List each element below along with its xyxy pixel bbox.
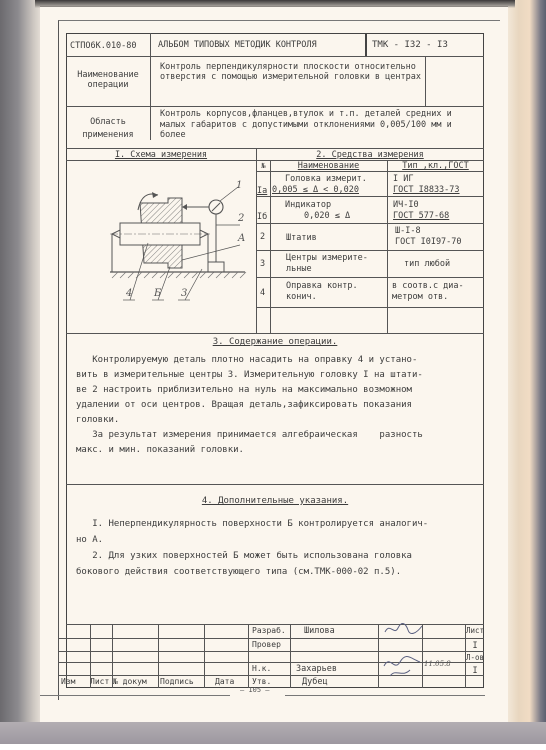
stamp-col-list: Лист: [90, 677, 109, 687]
bottom-shadow: [0, 722, 546, 744]
content-body: Контролируемую деталь плотно насадить на…: [76, 353, 486, 458]
divider: [256, 250, 484, 251]
scope-value: Контроль корпусов,фланцев,втулок и т.п. …: [160, 109, 480, 141]
row-no: Iб: [257, 212, 267, 222]
content-line: головки.: [76, 413, 486, 428]
additional-title: 4. Дополнительные указания.: [66, 496, 484, 506]
stamp-role-developer: Разраб.: [252, 626, 286, 636]
row-name: Центры измерите-: [286, 253, 368, 263]
content-line: удалении от оси центров. Вращая деталь,з…: [76, 398, 486, 413]
operation-label: Наименование операции: [68, 70, 148, 90]
stamp-name-developer: Шилова: [304, 626, 335, 636]
row-type: Ш-I-8: [395, 226, 421, 236]
col-header-type: Тип ,кл.,ГОСТ: [387, 161, 484, 171]
signature-approvers: [380, 652, 424, 680]
row-type: в соотв.с диа-: [392, 281, 464, 291]
additional-line: но А.: [76, 532, 486, 548]
stamp-sheet-value: I: [465, 641, 485, 651]
divider: [256, 277, 484, 278]
divider: [40, 695, 230, 696]
stamp-sheets-value: I: [465, 666, 485, 676]
measurement-scheme-drawing: [90, 165, 250, 325]
row-type-2: ГОСТ I8833-73: [393, 185, 460, 195]
row-no: Iа: [257, 186, 267, 196]
album-title: АЛЬБОМ ТИПОВЫХ МЕТОДИК КОНТРОЛЯ: [158, 40, 317, 50]
stamp-role-checker: Провер: [252, 640, 281, 650]
row-type-2: ГОСТ 577-68: [393, 211, 449, 221]
stamp-name-approved: Дубец: [302, 677, 328, 687]
instruments-title: 2. Средства измерения: [256, 150, 484, 160]
stamp-date: 11.05.8: [424, 660, 451, 668]
row-type: тип любой: [404, 259, 450, 269]
doc-code: СТПО6К.010-80: [70, 41, 137, 51]
row-type-2: метром отв.: [392, 292, 448, 302]
row-name-2: конич.: [286, 292, 317, 302]
row-type-2: ГОСТ I0I97-70: [395, 237, 462, 247]
stamp-sheet-label: Лист: [465, 626, 485, 636]
content-line: За результат измерения принимается алгеб…: [76, 428, 486, 443]
stamp-col-doc: № докум: [113, 677, 147, 687]
scheme-title: I. Схема измерения: [66, 150, 256, 160]
scheme-label-3: 3: [181, 288, 187, 299]
content-line: вить в измерительные центры 3. Измерител…: [76, 368, 486, 383]
divider: [285, 695, 485, 696]
content-line: Контролируемую деталь плотно насадить на…: [76, 353, 486, 368]
divider: [158, 624, 159, 688]
stamp-role-norm-control: Н.к.: [252, 664, 271, 674]
additional-line: I. Неперпендикулярность поверхности Б ко…: [76, 516, 486, 532]
row-no: 4: [260, 288, 265, 298]
stamp-col-date: Дата: [215, 677, 234, 687]
additional-body: I. Неперпендикулярность поверхности Б ко…: [76, 516, 486, 580]
col-header-name: Наименование: [270, 161, 387, 171]
row-type: I ИГ: [393, 174, 413, 184]
divider: [256, 196, 484, 197]
stamp-col-izm: Изм: [61, 677, 75, 687]
divider: [66, 106, 484, 107]
signature-developer: [382, 620, 426, 638]
divider: [150, 33, 151, 140]
scheme-label-1: 1: [236, 180, 242, 191]
content-line: макс. и мин. показаний головки.: [76, 443, 486, 458]
scheme-label-4: 4: [126, 288, 132, 299]
divider: [248, 624, 249, 688]
divider: [425, 56, 426, 106]
row-type: ИЧ-I0: [393, 200, 419, 210]
stamp-name-norm-control: Захарьев: [296, 664, 337, 674]
additional-line: бокового действия соответствующего типа …: [76, 564, 486, 580]
scheme-label-B: Б: [154, 288, 161, 299]
divider: [256, 148, 257, 333]
content-title: 3. Содержание операции.: [66, 337, 484, 347]
row-name-2: льные: [286, 264, 312, 274]
divider: [378, 624, 379, 688]
divider: [256, 171, 484, 172]
scope-label: Область применения: [68, 116, 148, 142]
divider: [66, 333, 484, 334]
row-no: 3: [260, 259, 265, 269]
row-name: Головка измерит.: [285, 174, 367, 184]
stamp-col-sign: Подпись: [160, 677, 194, 687]
divider: [66, 56, 484, 57]
row-name: Индикатор: [285, 200, 331, 210]
divider: [256, 307, 484, 308]
scheme-label-A: A: [238, 233, 245, 244]
divider: [58, 638, 484, 639]
scheme-label-2: 2: [238, 213, 244, 224]
divider: [290, 624, 291, 688]
row-name-2: 0,005 ≤ Δ < 0,020: [272, 185, 359, 195]
divider: [365, 33, 367, 56]
tmk-code: ТМК - I32 - I3: [372, 40, 448, 50]
divider: [66, 484, 484, 485]
divider: [204, 624, 205, 688]
additional-line: 2. Для узких поверхностей Б может быть и…: [76, 548, 486, 564]
stamp-sheets-label: Л-ов: [465, 653, 485, 663]
row-name: Оправка контр.: [286, 281, 358, 291]
col-header-no: №: [257, 161, 270, 171]
row-name: Штатив: [286, 233, 317, 243]
divider: [66, 148, 484, 149]
content-line: ве 2 настроить приблизительно на нуль на…: [76, 383, 486, 398]
divider: [256, 223, 484, 224]
row-name-2: 0,020 ≤ Δ: [304, 211, 350, 221]
page-number: — 105 —: [240, 686, 270, 694]
row-no: 2: [260, 232, 265, 242]
operation-value: Контроль перпендикулярности плоскости от…: [160, 62, 422, 82]
